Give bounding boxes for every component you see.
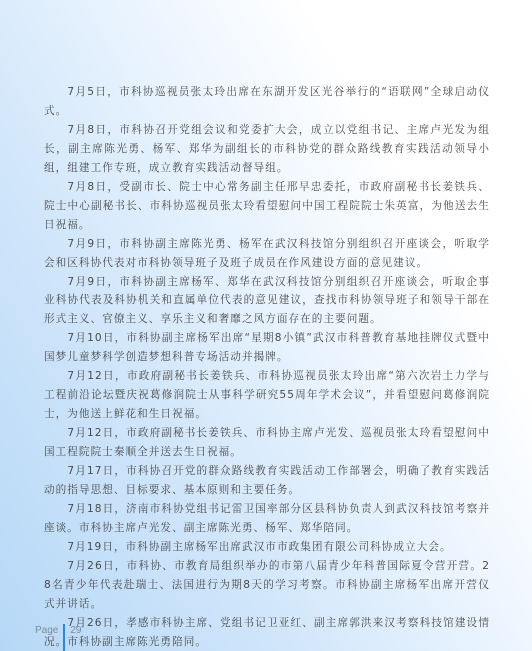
page-divider-bar xyxy=(63,624,65,651)
paragraph-jul12-b: 7月12日，市政府副秘书长姜铁兵、市科协主席卢光发、巡视员张太玲看望慰问中国工程… xyxy=(44,424,490,462)
paragraph-jul8-b: 7月8日，受副市长、院士中心常务副主任邢早忠委托，市政府副秘书长姜铁兵、院士中心… xyxy=(44,178,490,235)
page-number: 29 xyxy=(70,625,81,636)
article-body: 7月5日，市科协巡视员张太玲出席在东湖开发区光谷举行的“语联网”全球启动仪式。 … xyxy=(44,83,490,651)
paragraph-jul19: 7月19日，市科协副主席杨军出席武汉市市政集团有限公司科协成立大会。 xyxy=(44,538,490,557)
paragraph-jul18: 7月18日，济南市科协党组书记雷卫国率部分区县科协负责人到武汉科技馆考察并座谈。… xyxy=(44,500,490,538)
paragraph-jul9-a: 7月9日，市科协副主席陈光勇、杨军在武汉科技馆分别组织召开座谈会，听取学会和区科… xyxy=(44,235,490,273)
page-label: Page xyxy=(35,625,58,636)
paragraph-jul5: 7月5日，市科协巡视员张太玲出席在东湖开发区光谷举行的“语联网”全球启动仪式。 xyxy=(44,83,490,121)
document-page: 7月5日，市科协巡视员张太玲出席在东湖开发区光谷举行的“语联网”全球启动仪式。 … xyxy=(0,0,532,651)
paragraph-jul12-a: 7月12日，市政府副秘书长姜铁兵、市科协巡视员张太玲出席“第六次岩土力学与工程前… xyxy=(44,367,490,424)
paragraph-jul9-b: 7月9日，市科协副主席杨军、郑华在武汉科技馆分别组织召开座谈会，听取企事业科协代… xyxy=(44,273,490,330)
page-footer: Page 29 xyxy=(35,622,81,651)
paragraph-jul10: 7月10日，市科协副主席杨军出席“星期8小镇”武汉市科普教育基地挂牌仪式暨中国梦… xyxy=(44,329,490,367)
paragraph-jul26-a: 7月26日，市科协、市教育局组织举办的市第八届青少年科普国际夏令营开营。28名青… xyxy=(44,557,490,614)
paragraph-jul26-b: 7月26日，孝感市科协主席、党组书记卫亚红、副主席郭洪来汉考察科技馆建设情况。市… xyxy=(44,614,490,651)
paragraph-jul17: 7月17日，市科协召开党的群众路线教育实践活动工作部署会，明确了教育实践活动的指… xyxy=(44,462,490,500)
paragraph-jul8-a: 7月8日，市科协召开党组会议和党委扩大会，成立以党组书记、主席卢光发为组长，副主… xyxy=(44,121,490,178)
